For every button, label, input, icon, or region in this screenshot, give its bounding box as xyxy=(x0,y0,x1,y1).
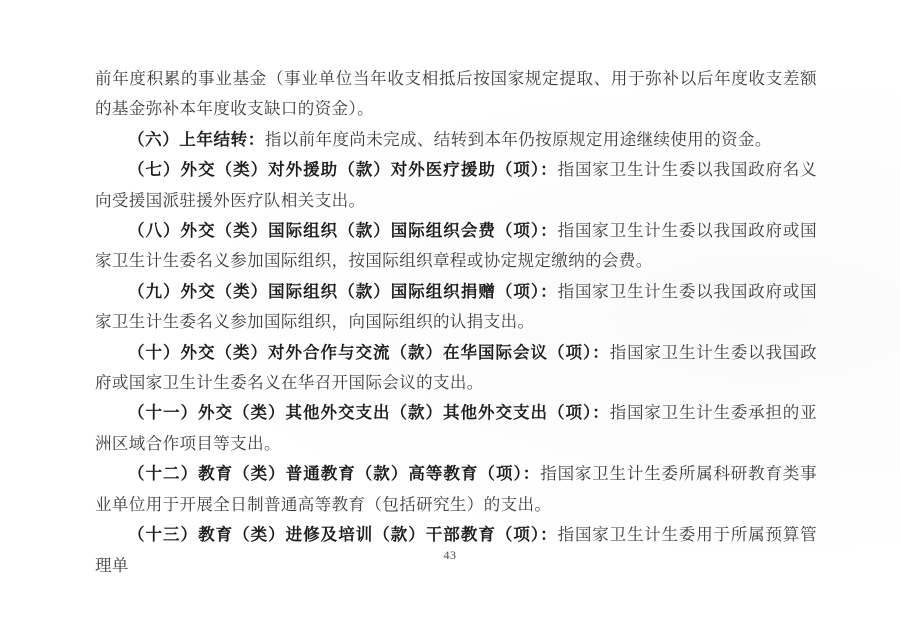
document-body: 前年度积累的事业基金（事业单位当年收支相抵后按国家规定提取、用于弥补以后年度收支… xyxy=(95,64,817,581)
paragraph: （十二）教育（类）普通教育（款）高等教育（项）：指国家卫生计生委所属科研教育类事… xyxy=(95,459,817,520)
paragraph: 前年度积累的事业基金（事业单位当年收支相抵后按国家规定提取、用于弥补以后年度收支… xyxy=(95,64,817,125)
paragraph: （八）外交（类）国际组织（款）国际组织会费（项）：指国家卫生计生委以我国政府或国… xyxy=(95,216,817,277)
paragraph-heading: （十）外交（类）对外合作与交流（款）在华国际会议（项）： xyxy=(128,343,610,362)
paragraph-heading: （十二）教育（类）普通教育（款）高等教育（项）： xyxy=(128,464,540,483)
paragraph-heading: （十一）外交（类）其他外交支出（款）其他外交支出（项）： xyxy=(128,403,610,422)
page-number: 43 xyxy=(0,548,900,563)
paragraph: （七）外交（类）对外援助（款）对外医疗援助（项）：指国家卫生计生委以我国政府名义… xyxy=(95,155,817,216)
paragraph-heading: （七）外交（类）对外援助（款）对外医疗援助（项）： xyxy=(128,160,558,179)
paragraph-heading: （九）外交（类）国际组织（款）国际组织捐赠（项）： xyxy=(128,282,558,301)
paragraph: （六）上年结转：指以前年度尚未完成、结转到本年仍按原规定用途继续使用的资金。 xyxy=(95,125,817,155)
document-page: 前年度积累的事业基金（事业单位当年收支相抵后按国家规定提取、用于弥补以后年度收支… xyxy=(0,0,900,636)
paragraph-text: 前年度积累的事业基金（事业单位当年收支相抵后按国家规定提取、用于弥补以后年度收支… xyxy=(95,69,817,118)
paragraph: （十）外交（类）对外合作与交流（款）在华国际会议（项）：指国家卫生计生委以我国政… xyxy=(95,338,817,399)
paragraph-heading: （八）外交（类）国际组织（款）国际组织会费（项）： xyxy=(128,221,558,240)
paragraph-heading: （六）上年结转： xyxy=(128,130,265,149)
paragraph-text: 指以前年度尚未完成、结转到本年仍按原规定用途继续使用的资金。 xyxy=(265,130,772,149)
paragraph: （十一）外交（类）其他外交支出（款）其他外交支出（项）：指国家卫生计生委承担的亚… xyxy=(95,398,817,459)
paragraph-heading: （十三）教育（类）进修及培训（款）干部教育（项）： xyxy=(128,525,558,544)
paragraph: （九）外交（类）国际组织（款）国际组织捐赠（项）：指国家卫生计生委以我国政府或国… xyxy=(95,277,817,338)
